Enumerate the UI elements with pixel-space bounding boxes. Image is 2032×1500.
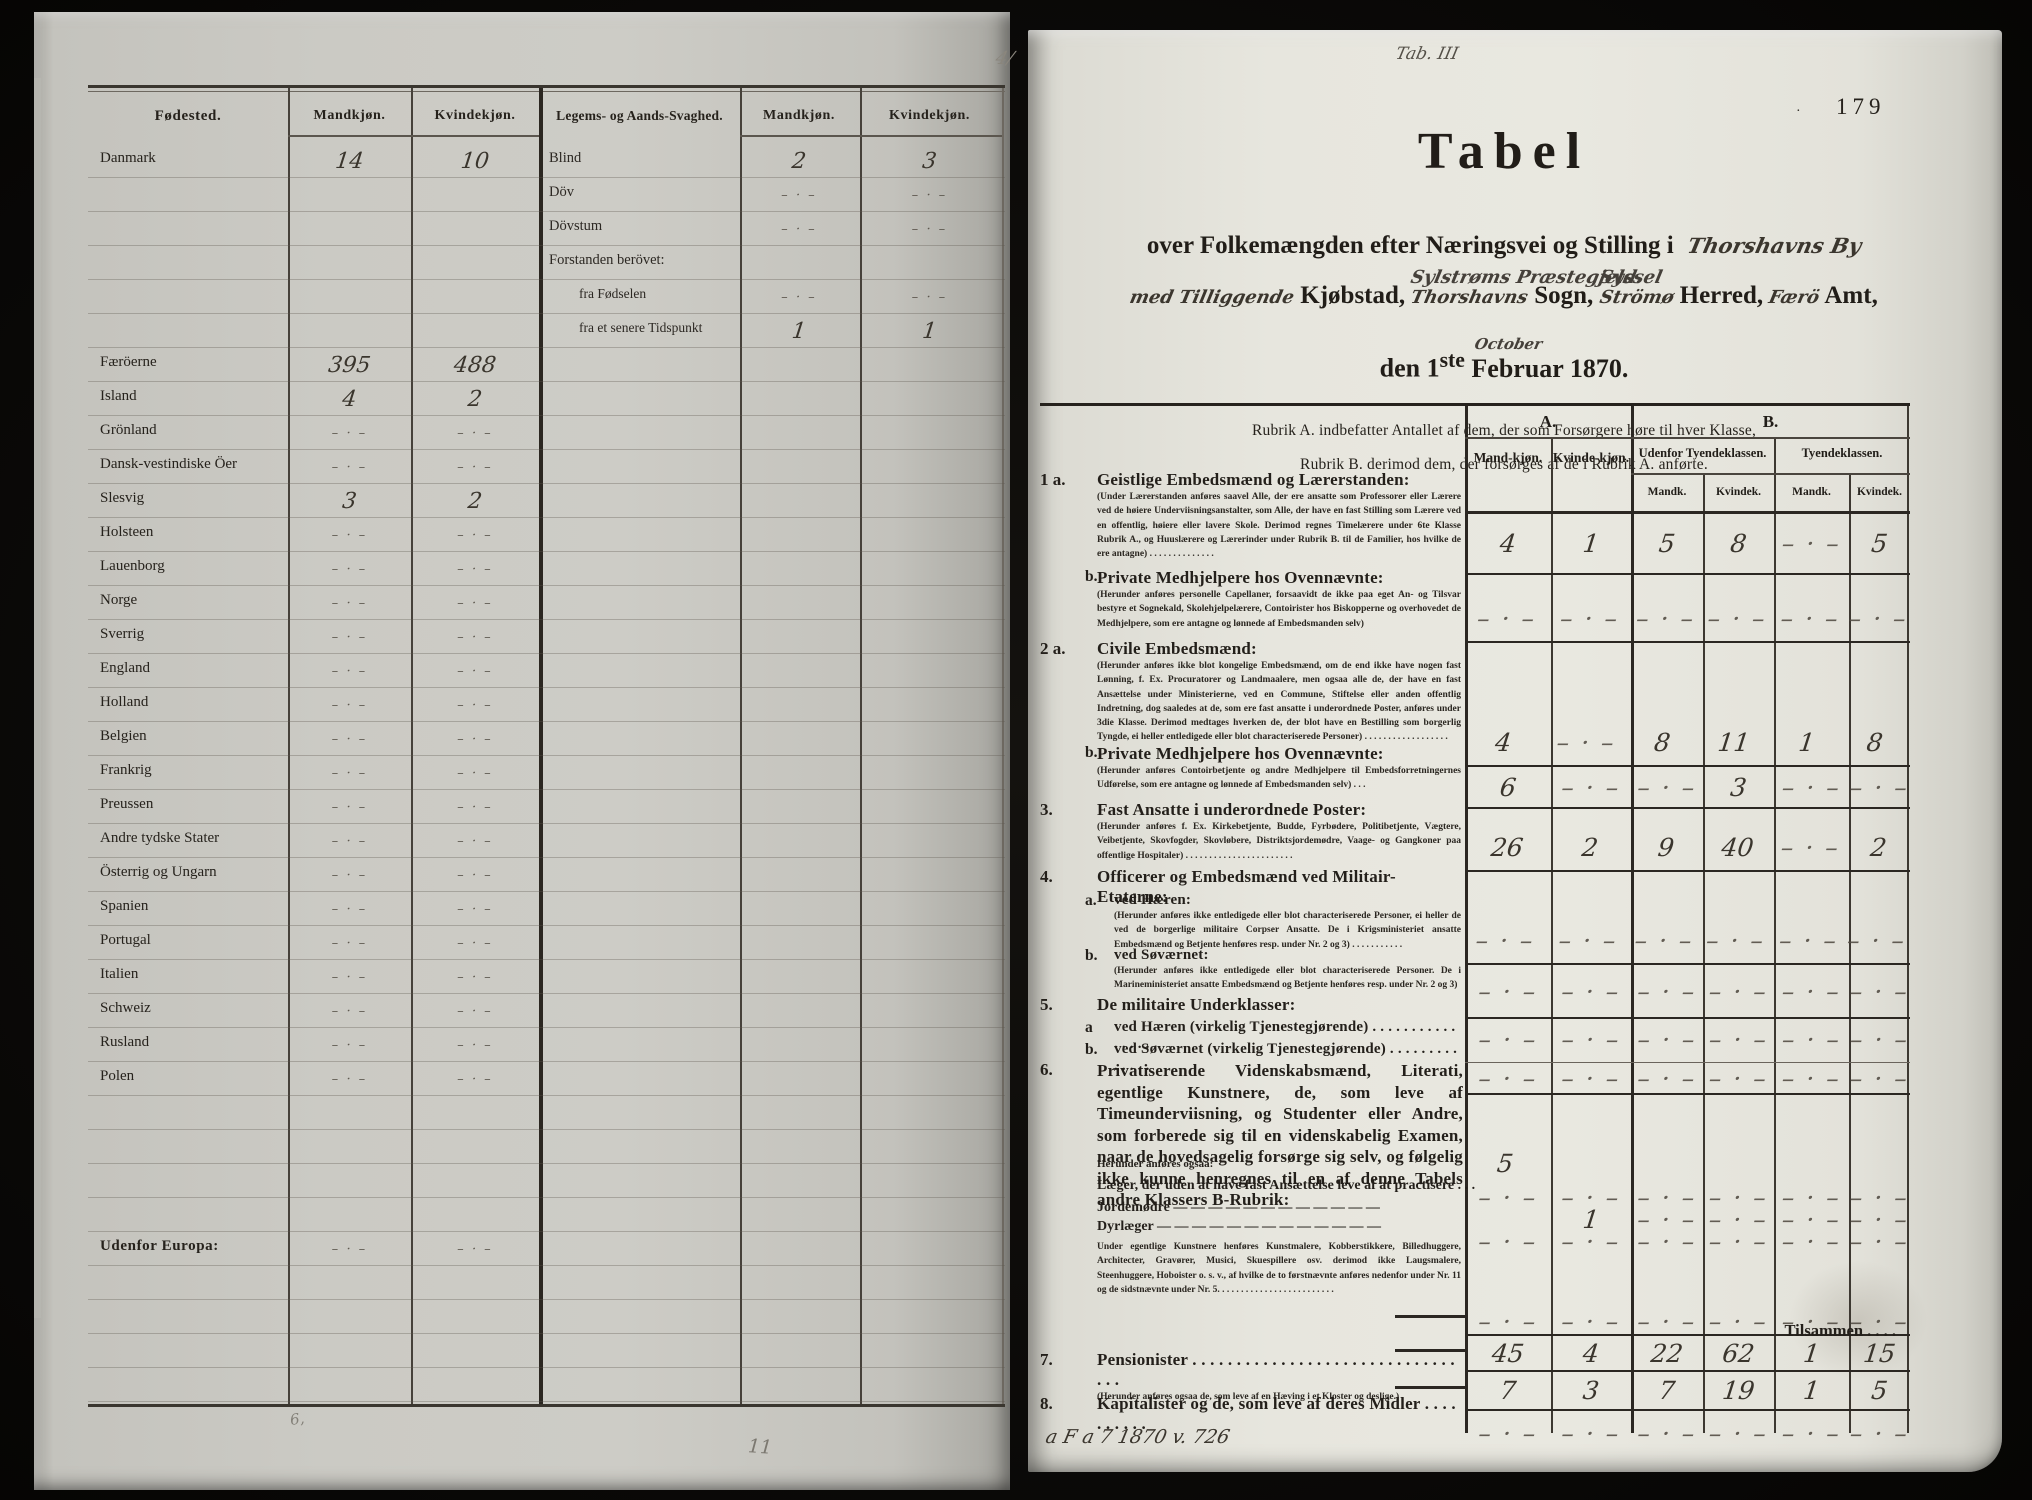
male-count-cell <box>286 1300 413 1334</box>
infirmity-cell: Döv <box>539 178 740 212</box>
female-count-cell: – · – <box>409 416 541 450</box>
print-amt: Amt, <box>1824 282 1877 309</box>
item-title: ved Hæren: <box>1114 892 1463 909</box>
infirmity-female-cell <box>856 994 1003 1028</box>
infirmity-female-cell <box>856 1334 1003 1368</box>
male-count-cell: – · – <box>286 790 413 824</box>
infirmity-cell: fra Fødselen <box>539 280 740 314</box>
value-b2-male: – · – <box>1771 1411 1852 1456</box>
value-a-male: – · – <box>1462 1411 1554 1456</box>
birthplace-label: Udenfor Europa: <box>100 1238 219 1255</box>
value-b1-male <box>1625 1095 1708 1186</box>
infirmity-cell <box>539 892 740 926</box>
infirmity-male-cell <box>738 892 860 926</box>
grid-row: – · – – · – – · – – · – – · – – · – <box>1465 965 1910 1019</box>
table-row: Belgien – · – – · – <box>88 722 1005 756</box>
female-count-cell <box>409 1130 541 1164</box>
female-count-cell: – · – <box>409 1062 541 1096</box>
infirmity-male-cell <box>738 348 860 382</box>
table-row: Sverrig – · – – · – <box>88 620 1005 654</box>
infirmity-male-cell <box>738 722 860 756</box>
item-number: 1 a. <box>1040 470 1084 490</box>
value-a-male: – · – <box>1461 575 1555 641</box>
infirmity-cell <box>539 552 740 586</box>
infirmity-cell: Forstanden berövet: <box>539 246 740 280</box>
class-item-1b: b. Private Medhjelpere hos Ovennævnte: (… <box>1040 568 1465 631</box>
birthplace-label: Österrig og Ungarn <box>100 864 217 881</box>
female-count-cell: – · – <box>409 824 541 858</box>
male-count-cell: 14 <box>286 144 413 178</box>
infirmity-female-cell: – · – <box>856 212 1003 246</box>
value-b2-male <box>1771 1253 1853 1308</box>
item-line: Jordemødre — — — — — — — — — — — — <box>1097 1200 1465 1216</box>
infirmity-male-cell <box>738 246 860 280</box>
infirmity-female-cell <box>856 1062 1003 1096</box>
value-a-male: – · – <box>1462 1019 1553 1062</box>
birthplace-cell: Slesvig <box>88 484 288 518</box>
right-page: Tab. III · 179 Tabel over Folkemængden e… <box>1028 30 2002 1472</box>
female-count-cell <box>409 1368 541 1402</box>
value-b2-male: – · – <box>1771 965 1852 1017</box>
infirmity-female-cell <box>856 348 1003 382</box>
class-item-2a: 2 a. Civile Embedsmænd: (Herunder anføre… <box>1040 639 1465 745</box>
class-item-6-jordemodre: Jordemødre — — — — — — — — — — — — <box>1040 1200 1465 1216</box>
infirmity-label: Dövstum <box>549 218 602 235</box>
table-row: Döv – · – – · – <box>88 178 1005 212</box>
infirmity-female-cell <box>856 518 1003 552</box>
infirmity-label: Döv <box>549 184 574 201</box>
pencil-note: 6, <box>289 1409 306 1429</box>
table-row: Schweiz – · – – · – <box>88 994 1005 1028</box>
female-count-cell: – · – <box>409 654 541 688</box>
female-count-cell <box>409 1266 541 1300</box>
grid-row: 7 3 7 19 1 5 <box>1465 1372 1910 1411</box>
archival-handwritten-note: a F a 7 1870 v. 726 <box>1044 1426 1232 1448</box>
birthplace-cell: Lauenborg <box>88 552 288 586</box>
value-a-male: – · – <box>1463 1063 1553 1093</box>
value-b1-female <box>1697 1095 1779 1186</box>
infirmity-cell <box>539 994 740 1028</box>
birthplace-label: Grönland <box>100 422 157 439</box>
male-count-cell: – · – <box>286 892 413 926</box>
infirmity-female-cell: 3 <box>856 144 1003 178</box>
infirmity-cell <box>539 1062 740 1096</box>
print-herred: Herred, <box>1680 282 1764 309</box>
female-count-cell: – · – <box>409 756 541 790</box>
infirmity-female-cell <box>856 1368 1003 1402</box>
value-a-male: 4 <box>1461 513 1554 573</box>
infirmity-male-cell <box>738 484 860 518</box>
birthplace-cell <box>88 1334 288 1368</box>
birthplace-label: Danmark <box>100 150 156 167</box>
infirmity-female-cell <box>856 620 1003 654</box>
female-count-cell <box>409 1096 541 1130</box>
value-b2-male: 1 <box>1772 1336 1851 1370</box>
item-number: b. <box>1085 744 1129 762</box>
value-b2-male: – · – <box>1771 1019 1851 1062</box>
male-count-cell: – · – <box>286 416 413 450</box>
grid-row: 26 2 9 40 – · – 2 <box>1465 809 1910 872</box>
infirmity-female-cell <box>856 246 1003 280</box>
col-group-a: A. <box>1465 412 1631 432</box>
birthplace-cell: England <box>88 654 288 688</box>
margin-note: 4/ <box>993 48 1016 69</box>
value-a-male: – · – <box>1464 1186 1553 1208</box>
table-row: Portugal – · – – · – <box>88 926 1005 960</box>
value-b2-male: – · – <box>1772 1063 1851 1093</box>
item-number: b. <box>1085 947 1129 965</box>
infirmity-cell <box>539 688 740 722</box>
infirmity-cell <box>539 586 740 620</box>
infirmity-female-cell <box>856 1028 1003 1062</box>
female-count-cell: – · – <box>409 1232 541 1266</box>
female-count-cell: – · – <box>409 892 541 926</box>
birthplace-cell <box>88 1096 288 1130</box>
male-count-cell: – · – <box>286 994 413 1028</box>
infirmity-female-cell <box>856 654 1003 688</box>
male-count-cell: – · – <box>286 858 413 892</box>
infirmity-male-cell <box>738 1028 860 1062</box>
table-row: Udenfor Europa: – · – – · – <box>88 1232 1005 1266</box>
birthplace-label: Holsteen <box>100 524 153 541</box>
class-item-6-subheading: Herunder anføres ogsaa: <box>1040 1158 1465 1170</box>
grid-row: 45 4 22 62 1 15 <box>1465 1336 1910 1372</box>
birthplace-label: Færöerne <box>100 354 157 371</box>
item-line: Dyrlæger — — — — — — — — — — — — — <box>1097 1219 1465 1235</box>
value-b1-female: – · – <box>1700 1411 1777 1456</box>
item-note: (Under Lærerstanden anføres saavel Alle,… <box>1097 490 1461 561</box>
grid-row: 6 – · – – · – 3 – · – – · – <box>1465 767 1910 809</box>
infirmity-male-cell <box>738 1130 860 1164</box>
birthplace-cell: Island <box>88 382 288 416</box>
birthplace-label: Island <box>100 388 137 405</box>
male-count-cell: – · – <box>286 586 413 620</box>
value-a-female: 1 <box>1547 513 1634 573</box>
infirmity-cell <box>539 1198 740 1232</box>
value-a-female <box>1545 1095 1636 1186</box>
infirmity-cell <box>539 518 740 552</box>
grid-row: – · – – · – – · – – · – – · – – · – <box>1465 1063 1910 1095</box>
birthplace-cell: Udenfor Europa: <box>88 1232 288 1266</box>
infirmity-female-cell <box>856 416 1003 450</box>
infirmity-female-cell <box>856 688 1003 722</box>
infirmity-male-cell <box>738 416 860 450</box>
col-header-a-female: Kvinde-kjøn. <box>1551 450 1631 467</box>
birthplace-cell: Belgien <box>88 722 288 756</box>
value-b2-female: 2 <box>1845 809 1913 870</box>
infirmity-female-cell <box>856 1096 1003 1130</box>
table-row: Slesvig 3 2 <box>88 484 1005 518</box>
grid-row: – · – – · – – · – – · – – · – – · – <box>1465 1230 1910 1253</box>
handwritten-prefix: med Tilliggende <box>1128 287 1296 308</box>
summary-rule <box>1395 1315 1467 1318</box>
infirmity-female-cell <box>856 824 1003 858</box>
value-a-female <box>1548 1253 1635 1308</box>
item-title: Fast Ansatte i underordnede Poster: <box>1097 800 1463 820</box>
handwritten-parish: Thorshavns <box>1409 287 1530 308</box>
item-number: 4. <box>1040 867 1084 887</box>
birthplace-infirmity-table: Fødested. Mandkjøn. Kvindekjøn. Legems- … <box>88 85 1005 1407</box>
col-header-infirmity: Legems- og Aands-Svaghed. <box>539 88 740 144</box>
birthplace-cell: Grönland <box>88 416 288 450</box>
male-count-cell <box>286 1198 413 1232</box>
handwritten-parish-stack: Sylstrøms Præstegjeld. Thorshavns <box>1411 282 1528 310</box>
class-item-4a: a. ved Hæren: (Herunder anføres ikke ent… <box>1040 892 1465 952</box>
value-a-female: 2 <box>1547 809 1634 870</box>
class-item-5: 5. De militaire Underklasser: <box>1040 995 1465 1015</box>
infirmity-male-cell <box>738 654 860 688</box>
male-count-cell: – · – <box>286 518 413 552</box>
infirmity-male-cell <box>738 688 860 722</box>
left-page: Fødested. Mandkjøn. Kvindekjøn. Legems- … <box>34 12 1010 1490</box>
table-row: Österrig og Ungarn – · – – · – <box>88 858 1005 892</box>
female-count-cell: – · – <box>409 960 541 994</box>
male-count-cell <box>286 314 413 348</box>
birthplace-cell: Portugal <box>88 926 288 960</box>
page-number: 179 <box>1836 94 1886 120</box>
value-b1-male: 9 <box>1627 809 1706 870</box>
male-count-cell <box>286 1096 413 1130</box>
birthplace-cell <box>88 246 288 280</box>
birthplace-cell: Sverrig <box>88 620 288 654</box>
page-edge <box>34 78 41 1318</box>
birthplace-cell <box>88 314 288 348</box>
table-row <box>88 1164 1005 1198</box>
infirmity-male-cell <box>738 382 860 416</box>
infirmity-female-cell <box>856 586 1003 620</box>
header-rule <box>1465 437 1910 439</box>
item-note: (Herunder anføres personelle Capellaner,… <box>1097 588 1461 631</box>
birthplace-cell: Frankrig <box>88 756 288 790</box>
birthplace-label: Frankrig <box>100 762 152 779</box>
value-a-female: – · – <box>1544 643 1639 765</box>
value-b2-male: – · – <box>1770 575 1853 641</box>
birthplace-label: Rusland <box>100 1034 149 1051</box>
birthplace-cell: Andre tydske Stater <box>88 824 288 858</box>
infirmity-male-cell <box>738 858 860 892</box>
infirmity-female-cell <box>856 892 1003 926</box>
infirmity-cell <box>539 756 740 790</box>
date-month-year: Februar 1870. <box>1471 354 1628 384</box>
birthplace-label: Polen <box>100 1068 134 1085</box>
female-count-cell <box>409 246 541 280</box>
document-title: Tabel <box>1100 122 1908 181</box>
infirmity-female-cell <box>856 1232 1003 1266</box>
value-b2-female: – · – <box>1846 965 1913 1017</box>
item-title: Civile Embedsmænd: <box>1097 639 1463 659</box>
infirmity-male-cell: 1 <box>738 314 860 348</box>
value-b1-female: – · – <box>1700 965 1777 1017</box>
value-b1-female <box>1700 1253 1778 1308</box>
value-b1-female: 19 <box>1701 1372 1777 1409</box>
class-item-6-dyrlaeger: Dyrlæger — — — — — — — — — — — — — <box>1040 1219 1465 1235</box>
birthplace-label: Sverrig <box>100 626 144 643</box>
infirmity-female-cell: – · – <box>856 178 1003 212</box>
value-a-male: 6 <box>1463 767 1554 807</box>
birthplace-cell: Norge <box>88 586 288 620</box>
value-a-male: – · – <box>1459 872 1556 963</box>
value-a-female: 3 <box>1549 1372 1634 1409</box>
infirmity-cell <box>539 960 740 994</box>
value-b1-female: – · – <box>1700 1019 1776 1062</box>
table-row: Polen – · – – · – <box>88 1062 1005 1096</box>
item-number: b. <box>1085 568 1129 586</box>
infirmity-female-cell <box>856 722 1003 756</box>
infirmity-male-cell <box>738 1266 860 1300</box>
value-a-female: – · – <box>1545 872 1636 963</box>
item-subheading: Herunder anføres ogsaa: <box>1097 1158 1465 1170</box>
grid-row: – · – – · – – · – – · – – · – – · – <box>1465 575 1910 643</box>
value-a-female: – · – <box>1548 1019 1633 1062</box>
col-header-a-male: Mand-kjøn. <box>1465 450 1551 467</box>
birthplace-cell <box>88 1198 288 1232</box>
infirmity-female-cell <box>856 960 1003 994</box>
value-b1-male: 5 <box>1627 513 1706 573</box>
value-b2-male: 1 <box>1772 1372 1852 1409</box>
infirmity-cell: fra et senere Tidspunkt <box>539 314 740 348</box>
infirmity-cell <box>539 858 740 892</box>
grid-row: – · – – · – – · – – · – – · – – · – <box>1465 872 1910 965</box>
title-line-1-print: over Folkemængden efter Næringsvei og St… <box>1147 232 1674 259</box>
infirmity-male-cell <box>738 620 860 654</box>
infirmity-male-cell <box>738 552 860 586</box>
table-row <box>88 1130 1005 1164</box>
male-count-cell: 4 <box>286 382 413 416</box>
item-number: a. <box>1085 892 1129 910</box>
value-a-female: – · – <box>1547 575 1635 641</box>
birthplace-cell: Rusland <box>88 1028 288 1062</box>
value-b2-female: – · – <box>1847 1063 1912 1093</box>
grid-row: – · – – · – – · – – · – – · – – · – <box>1465 1019 1910 1063</box>
birthplace-cell <box>88 1368 288 1402</box>
value-b1-female: 40 <box>1699 809 1777 870</box>
birthplace-cell: Danmark <box>88 144 288 178</box>
value-a-female: – · – <box>1549 1308 1632 1334</box>
infirmity-male-cell <box>738 926 860 960</box>
infirmity-female-cell <box>856 1300 1003 1334</box>
value-b2-male: – · – <box>1770 809 1852 870</box>
col-header-birthplace: Fødested. <box>88 88 288 144</box>
value-a-male: – · – <box>1462 965 1554 1017</box>
female-count-cell: – · – <box>409 994 541 1028</box>
value-a-male <box>1462 1253 1555 1308</box>
value-b2-female: 5 <box>1847 1372 1913 1409</box>
male-count-cell: – · – <box>286 450 413 484</box>
grid-row: – · – – · – – · – – · – – · – – · – <box>1465 1411 1910 1456</box>
infirmity-male-cell <box>738 1198 860 1232</box>
male-count-cell: – · – <box>286 926 413 960</box>
value-b2-female: 15 <box>1847 1336 1912 1370</box>
value-b1-male: – · – <box>1629 1308 1704 1334</box>
item-title: Private Medhjelpere hos Ovennævnte: <box>1097 568 1463 588</box>
birthplace-label: Preussen <box>100 796 153 813</box>
infirmity-male-cell: – · – <box>738 212 860 246</box>
table-row: Danmark 14 10 Blind 2 3 <box>88 144 1005 178</box>
birthplace-label: Schweiz <box>100 1000 151 1017</box>
male-count-cell <box>286 1130 413 1164</box>
item-note: (Herunder anføres Contoirbetjente og and… <box>1097 764 1461 793</box>
male-count-cell <box>286 280 413 314</box>
item-number: 7. <box>1040 1350 1084 1370</box>
value-b2-female: – · – <box>1846 1019 1912 1062</box>
female-count-cell <box>409 1198 541 1232</box>
female-count-cell: – · – <box>409 926 541 960</box>
infirmity-female-cell <box>856 382 1003 416</box>
birthplace-label: Slesvig <box>100 490 144 507</box>
title-line-2: med Tilliggende Kjøbstad, Sylstrøms Præs… <box>1100 282 1908 310</box>
table-row: Færöerne 395 488 <box>88 348 1005 382</box>
infirmity-cell <box>539 416 740 450</box>
infirmity-male-cell: 2 <box>738 144 860 178</box>
infirmity-male-cell <box>738 756 860 790</box>
infirmity-cell <box>539 1368 740 1402</box>
value-b2-female: – · – <box>1843 872 1915 963</box>
infirmity-label: Forstanden berövet: <box>549 252 665 269</box>
value-grid: 4 1 5 8 – · – 5 – · – – · – – · – – · – … <box>1465 513 1910 1456</box>
birthplace-label: Italien <box>100 966 138 983</box>
infirmity-female-cell <box>856 1198 1003 1232</box>
table-row <box>88 1096 1005 1130</box>
female-count-cell: – · – <box>409 722 541 756</box>
value-b1-female: – · – <box>1697 872 1779 963</box>
occupation-table: A. B. Mand-kjøn. Kvinde-kjøn. Udenfor Ty… <box>1040 403 1910 1433</box>
table-row <box>88 1368 1005 1402</box>
value-a-female: – · – <box>1549 767 1634 807</box>
birthplace-cell: Italien <box>88 960 288 994</box>
infirmity-male-cell: – · – <box>738 178 860 212</box>
birthplace-cell <box>88 178 288 212</box>
value-b2-male <box>1768 1095 1854 1186</box>
col-group-servant-class: Tyendeklassen. <box>1774 446 1910 461</box>
infirmity-male-cell <box>738 1062 860 1096</box>
male-count-cell <box>286 178 413 212</box>
class-item-6-note: Under egentlige Kunstnere henføres Kunst… <box>1040 1240 1465 1297</box>
infirmity-cell <box>539 1266 740 1300</box>
infirmity-female-cell <box>856 858 1003 892</box>
female-count-cell: – · – <box>409 1028 541 1062</box>
infirmity-cell <box>539 620 740 654</box>
grid-row <box>1465 1253 1910 1308</box>
item-note: (Herunder anføres f. Ex. Kirkebetjente, … <box>1097 820 1461 863</box>
female-count-cell: 488 <box>409 348 541 382</box>
value-a-female: – · – <box>1549 1063 1633 1093</box>
table-row <box>88 1266 1005 1300</box>
infirmity-cell <box>539 1096 740 1130</box>
infirmity-female-cell: 1 <box>856 314 1003 348</box>
value-b1-female: – · – <box>1699 575 1778 641</box>
title-line-1: over Folkemængden efter Næringsvei og St… <box>1100 232 1908 260</box>
month-stack: October Februar 1870. <box>1471 354 1628 384</box>
value-b1-male: – · – <box>1628 965 1706 1017</box>
value-b1-female: 62 <box>1701 1336 1776 1370</box>
infirmity-male-cell <box>738 1300 860 1334</box>
infirmity-cell <box>539 1232 740 1266</box>
female-count-cell <box>409 1164 541 1198</box>
female-count-cell: – · – <box>409 858 541 892</box>
male-count-cell: – · – <box>286 688 413 722</box>
value-b1-female: 8 <box>1699 513 1777 573</box>
infirmity-label: fra Fødselen <box>549 286 646 302</box>
table-row: Grönland – · – – · – <box>88 416 1005 450</box>
value-b1-male: – · – <box>1628 1411 1706 1456</box>
infirmity-cell <box>539 1028 740 1062</box>
col-group-outside-servant-class: Udenfor Tyendeklassen. <box>1631 446 1774 461</box>
birthplace-label: Holland <box>100 694 148 711</box>
value-b1-female: – · – <box>1701 1308 1775 1334</box>
table-row: fra et senere Tidspunkt 1 1 <box>88 314 1005 348</box>
infirmity-male-cell <box>738 450 860 484</box>
male-count-cell: – · – <box>286 960 413 994</box>
